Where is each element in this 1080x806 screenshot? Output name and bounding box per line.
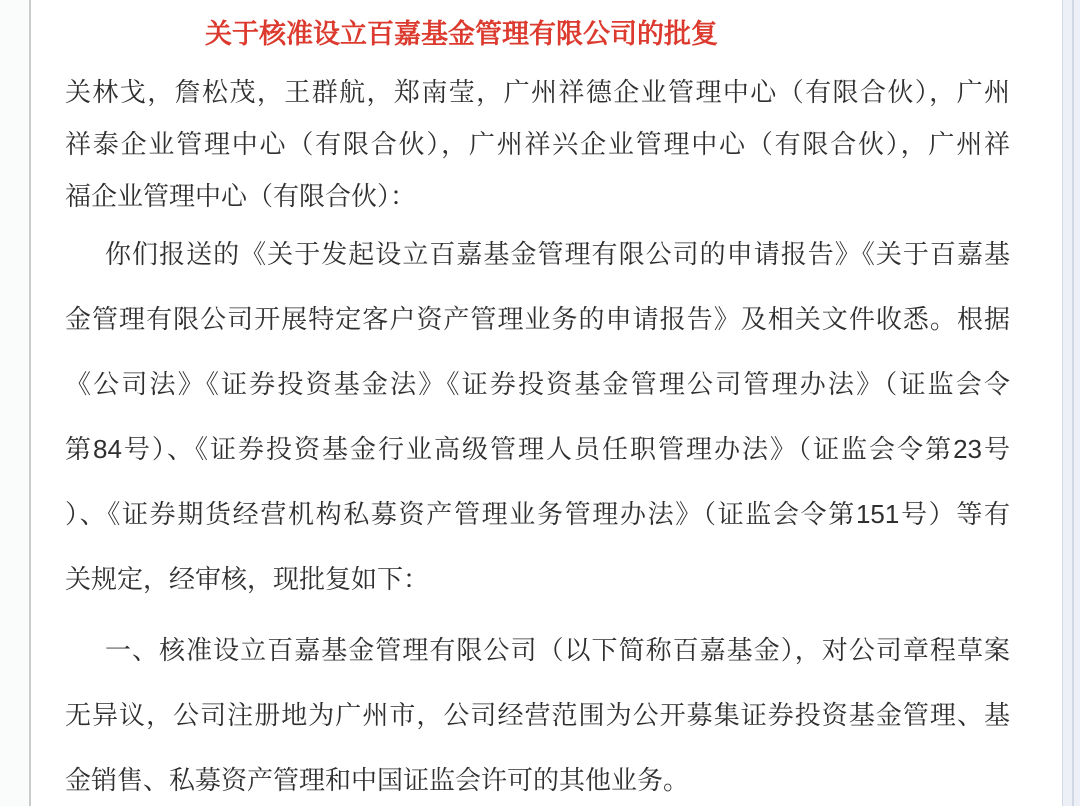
approval-document-page: { "document": { "title": "关于核准设立百嘉基金管理有限…: [0, 0, 1080, 806]
text-line: 你们报送的《关于发起设立百嘉基金管理有限公司的申请报告》《关于百嘉基: [65, 222, 1010, 287]
text-line: 关规定，经审核，现批复如下：: [65, 547, 1010, 612]
text-line: 金销售、私募资产管理和中国证监会许可的其他业务。: [65, 748, 1010, 806]
text-line: 福企业管理中心（有限合伙）：: [65, 170, 1010, 222]
text-line: 祥泰企业管理中心（有限合伙），广州祥兴企业管理中心（有限合伙），广州祥: [65, 118, 1010, 170]
article-body: 关于核准设立百嘉基金管理有限公司的批复 关林戈，詹松茂，王群航，郑南莹，广州祥德…: [65, 0, 1010, 806]
paragraph-approval-item-1: 一、核准设立百嘉基金管理有限公司（以下简称百嘉基金），对公司章程草案 无异议，公…: [65, 618, 1010, 806]
paragraph-recipients: 关林戈，詹松茂，王群航，郑南莹，广州祥德企业管理中心（有限合伙），广州 祥泰企业…: [65, 66, 1010, 222]
scrollbar[interactable]: [1062, 0, 1080, 806]
paragraph-legal-basis: 你们报送的《关于发起设立百嘉基金管理有限公司的申请报告》《关于百嘉基 金管理有限…: [65, 222, 1010, 612]
text-line: ）、《证券期货经营机构私募资产管理业务管理办法》（证监会令第151号）等有: [65, 482, 1010, 547]
text-line: 关林戈，詹松茂，王群航，郑南莹，广州祥德企业管理中心（有限合伙），广州: [65, 66, 1010, 118]
left-margin-rule: [0, 0, 31, 806]
text-line: 《公司法》《证券投资基金法》《证券投资基金管理公司管理办法》（证监会令: [65, 352, 1010, 417]
text-line: 金管理有限公司开展特定客户资产管理业务的申请报告》及相关文件收悉。根据: [65, 287, 1010, 352]
text-line: 一、核准设立百嘉基金管理有限公司（以下简称百嘉基金），对公司章程草案: [65, 618, 1010, 683]
text-line: 无异议，公司注册地为广州市，公司经营范围为公开募集证券投资基金管理、基: [65, 683, 1010, 748]
text-line: 第84号）、《证券投资基金行业高级管理人员任职管理办法》（证监会令第23号: [65, 417, 1010, 482]
document-title: 关于核准设立百嘉基金管理有限公司的批复: [65, 14, 1010, 54]
scrollbar-thumb[interactable]: [1072, 0, 1074, 806]
